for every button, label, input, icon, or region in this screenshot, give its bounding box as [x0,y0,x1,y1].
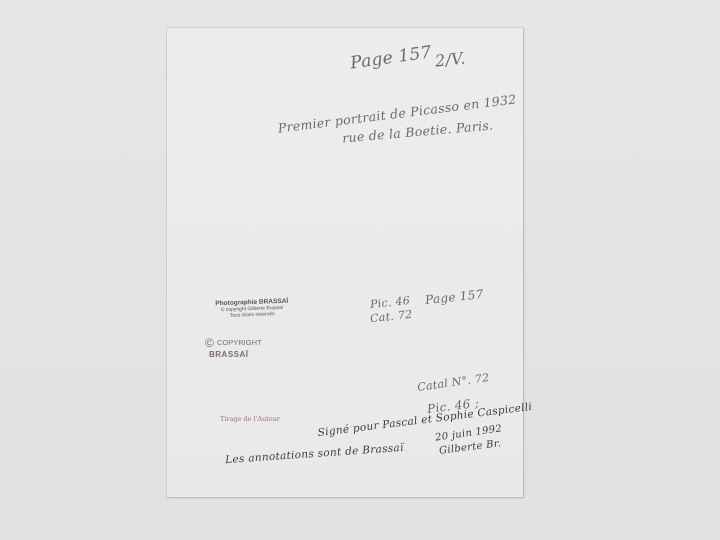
photographer-stamp: Photographie BRASSAÏ © copyright Gilbert… [212,298,293,320]
tirage-stamp: Tirage de l'Auteur [220,415,280,423]
photograph-verso-sheet: Page 157 2/V. Premier portrait de Picass… [167,28,523,497]
page-annotation-middle: Page 157 [424,287,484,307]
catal-annotation: Catal N°. 72 [416,371,490,394]
copyright-stamp-line-1: COPYRIGHT [217,338,262,347]
copyright-stamp-line-2: BRASSAÏ [209,350,249,359]
fraction-annotation: 2/V. [434,48,466,70]
annotations-note: Les annotations sont de Brassaï [225,442,404,466]
copyright-symbol-icon: © [205,336,214,350]
page-reference-annotation: Page 157 [349,42,433,73]
